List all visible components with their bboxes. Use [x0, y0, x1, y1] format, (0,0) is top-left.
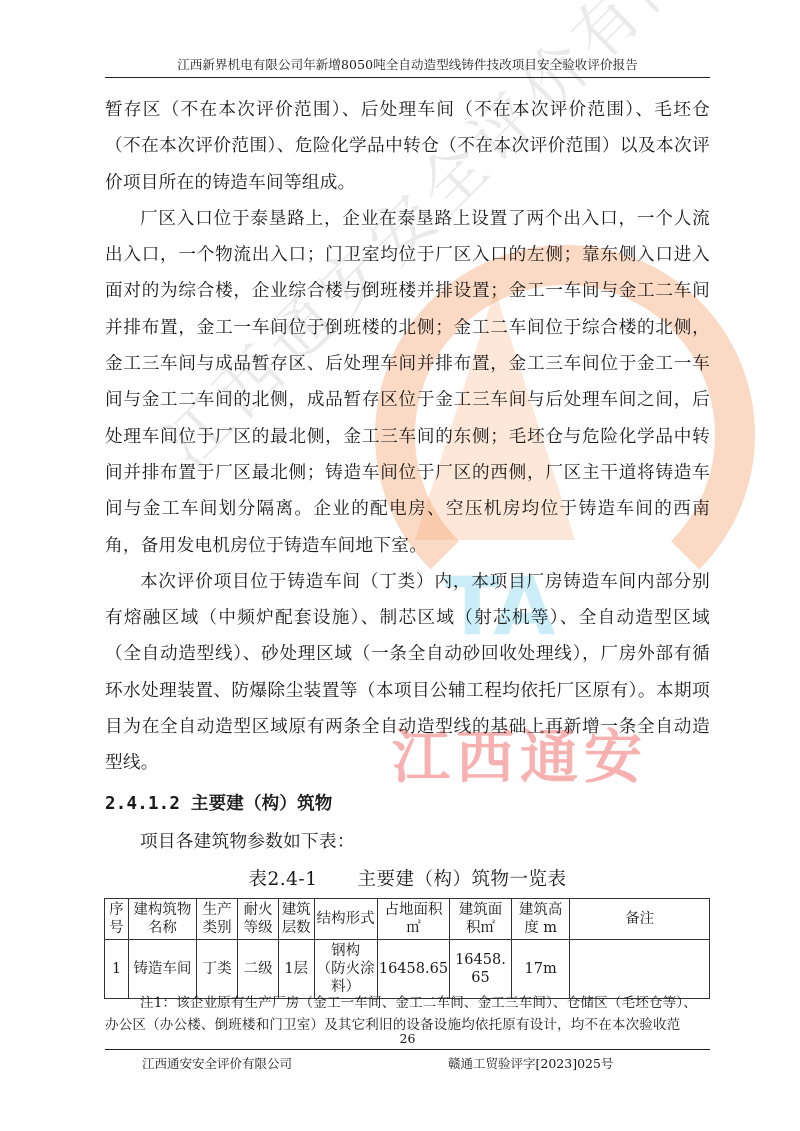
header-cell: 结构形式 [314, 899, 377, 940]
page-number: 26 [105, 1031, 710, 1046]
note-line-1: 注1：该企业原有生产厂房（金工一车间、金工二车间、金工三车间）、仓储区（毛坯仓等… [105, 992, 710, 1014]
table-intro: 项目各建筑物参数如下表： [140, 828, 355, 853]
header-divider [105, 77, 710, 78]
table-caption-number: 表2.4-1 [249, 869, 318, 890]
cell-index: 1 [105, 940, 129, 999]
header-cell: 生产 类别 [196, 899, 238, 940]
header-cell: 占地面积 ㎡ [377, 899, 449, 940]
header-cell: 建筑面 积㎡ [450, 899, 512, 940]
cell-remarks [570, 940, 710, 999]
cell-fire-rating: 二级 [238, 940, 279, 999]
cell-structure: 钢构 （防火涂 料） [314, 940, 377, 999]
body-text: 暂存区（不在本次评价范围）、后处理车间（不在本次评价范围）、毛坯仓（不在本次评价… [105, 92, 710, 782]
cell-floors: 1层 [278, 940, 314, 999]
table-caption-title: 主要建（构）筑物一览表 [357, 869, 566, 890]
section-heading: 2.4.1.2 主要建（构）筑物 [105, 790, 333, 815]
table-row: 1 铸造车间 丁类 二级 1层 钢构 （防火涂 料） 16458.65 1645… [105, 940, 710, 999]
footer-report-code: 赣通工贸验评字[2023]025号 [448, 1054, 613, 1072]
cell-land-area: 16458.65 [377, 940, 449, 999]
paragraph-project-location: 本次评价项目位于铸造车间（丁类）内，本项目厂房铸造车间内部分别有熔融区域（中频炉… [105, 564, 710, 782]
table-caption: 表2.4-1主要建（构）筑物一览表 [105, 865, 710, 891]
cell-floor-area: 16458. 65 [450, 940, 512, 999]
buildings-table: 序 号 建构筑物 名称 生产 类别 耐火 等级 建筑 层数 结构形式 占地面积 … [104, 898, 710, 999]
cell-height: 17m [511, 940, 570, 999]
header-cell: 备注 [570, 899, 710, 940]
cell-category: 丁类 [196, 940, 238, 999]
paragraph-continued: 暂存区（不在本次评价范围）、后处理车间（不在本次评价范围）、毛坯仓（不在本次评价… [105, 92, 710, 201]
footer-divider [105, 1049, 710, 1050]
header-cell: 建筑高 度 m [511, 899, 570, 940]
header-cell: 建构筑物 名称 [128, 899, 196, 940]
header-cell: 序 号 [105, 899, 129, 940]
table-note: 注1：该企业原有生产厂房（金工一车间、金工二车间、金工三车间）、仓储区（毛坯仓等… [105, 992, 710, 1036]
cell-name: 铸造车间 [128, 940, 196, 999]
footer-company: 江西通安安全评价有限公司 [142, 1054, 292, 1072]
header-cell: 耐火 等级 [238, 899, 279, 940]
page-header: 江西新界机电有限公司年新增8050吨全自动造型线铸件技改项目安全验收评价报告 [105, 55, 710, 73]
table-header-row: 序 号 建构筑物 名称 生产 类别 耐火 等级 建筑 层数 结构形式 占地面积 … [105, 899, 710, 940]
header-cell: 建筑 层数 [278, 899, 314, 940]
paragraph-site-layout: 厂区入口位于泰垦路上，企业在泰垦路上设置了两个出入口，一个人流出入口，一个物流出… [105, 201, 710, 564]
